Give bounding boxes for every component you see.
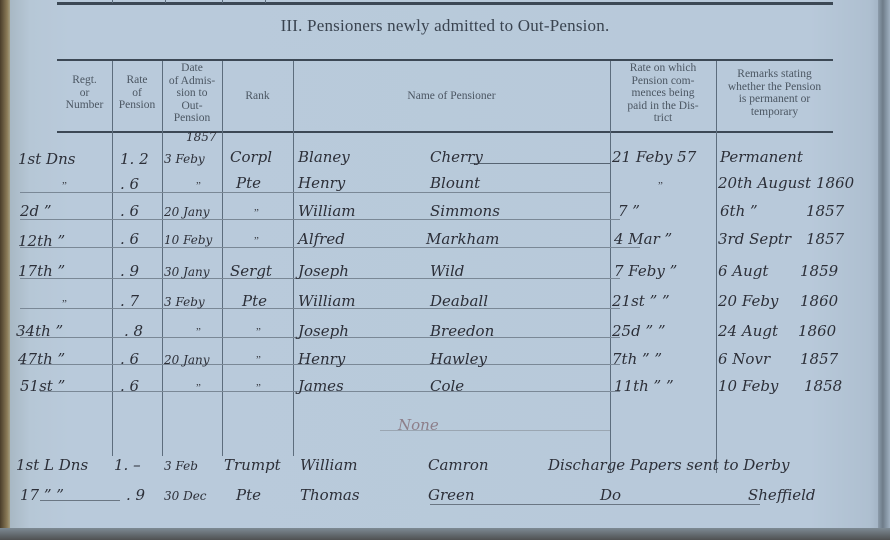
cell-commence: 21st ” ” xyxy=(612,292,670,310)
cell-commence: 7 Feby ” xyxy=(614,262,677,280)
cell-date: 30 Dec xyxy=(164,489,207,503)
cell-commence: 21 Feby 57 xyxy=(612,148,696,166)
cell-surname: Blount xyxy=(430,174,480,192)
cell-date: 3 Feb xyxy=(164,459,198,473)
cell-date: 10 Feby xyxy=(164,233,212,247)
cell-first-name: Henry xyxy=(298,174,345,192)
header-line: trict xyxy=(610,112,716,125)
cell-remarks-ditto: Do xyxy=(600,486,621,504)
cell-rank: ” xyxy=(254,207,259,219)
header-line: mences being xyxy=(610,87,716,100)
cell-regt: 47th ” xyxy=(18,350,65,368)
cell-remarks-year: 1860 xyxy=(798,322,836,340)
header-line: Pension xyxy=(112,99,162,112)
page-right-edge xyxy=(878,0,890,540)
header-line: Rate xyxy=(112,74,162,87)
cell-date: ” xyxy=(196,382,201,394)
header-line: whether the Pension xyxy=(716,81,833,94)
cell-remarks-year: 1859 xyxy=(800,262,838,280)
cell-rate: . 6 xyxy=(120,175,139,193)
cell-rate: 1. 2 xyxy=(120,150,149,168)
row-rule xyxy=(470,163,610,164)
cell-regt: 51st ” xyxy=(20,377,65,395)
col-rule-rank xyxy=(293,61,294,456)
cell-first-name: Henry xyxy=(298,350,345,368)
cell-regt: 1st Dns xyxy=(18,150,75,168)
cell-date: 30 Jany xyxy=(164,265,210,279)
cell-surname: Camron xyxy=(428,456,489,474)
cell-commence: ” xyxy=(658,180,663,192)
cell-first-name: William xyxy=(298,292,356,310)
cell-rank: Sergt xyxy=(230,262,272,280)
cell-remarks: 6 Augt xyxy=(718,262,768,280)
cell-remarks: 3rd Septr xyxy=(718,230,791,248)
cell-remarks: 20th August xyxy=(718,174,811,192)
cell-rate: . 6 xyxy=(120,230,139,248)
cell-surname: Markham xyxy=(426,230,499,248)
cell-first-name: Blaney xyxy=(298,148,350,166)
cell-first-name: Joseph xyxy=(298,322,349,340)
cell-commence: 11th ” ” xyxy=(614,377,674,395)
cell-surname: Cole xyxy=(430,377,464,395)
cell-remarks-year: 1857 xyxy=(800,350,838,368)
cell-surname: Deaball xyxy=(430,292,488,310)
cell-regt: 17th ” xyxy=(18,262,65,280)
header-date: Date of Admis- sion to Out- Pension xyxy=(162,62,222,125)
cell-rate: . 9 xyxy=(120,262,139,280)
cell-commence: 25d ” ” xyxy=(612,322,666,340)
cell-commence: 7 ” xyxy=(618,202,640,220)
cell-date: 20 Jany xyxy=(164,353,210,367)
header-remarks: Remarks stating whether the Pension is p… xyxy=(716,68,833,118)
prev-col-rule xyxy=(165,0,166,3)
year-note: 1857 xyxy=(186,130,217,144)
cell-remarks: 20 Feby xyxy=(718,292,778,310)
cell-remarks: 24 Augt xyxy=(718,322,778,340)
prev-col-rule xyxy=(265,0,266,3)
col-rule-commence xyxy=(716,61,717,473)
cell-rate: 1. – xyxy=(114,456,141,474)
header-line: of Admis- xyxy=(162,75,222,88)
cell-date: 3 Feby xyxy=(164,295,205,309)
cell-rate: . 6 xyxy=(120,350,139,368)
header-line: Pension com- xyxy=(610,75,716,88)
section-title: III. Pensioners newly admitted to Out-Pe… xyxy=(0,16,890,36)
previous-section-rule xyxy=(57,2,833,5)
header-line: Regt. xyxy=(57,74,112,87)
cell-date: 3 Feby xyxy=(164,152,205,166)
cell-remarks-year: 1860 xyxy=(800,292,838,310)
cell-regt: ” xyxy=(62,180,67,192)
cell-date: 20 Jany xyxy=(164,205,210,219)
cell-first-name: Thomas xyxy=(300,486,360,504)
page-bottom-edge xyxy=(0,528,890,540)
cell-commence: 7th ” ” xyxy=(612,350,662,368)
cell-regt: 34th ” xyxy=(16,322,63,340)
cell-rate: . 9 xyxy=(126,486,145,504)
cell-remarks-year: 1857 xyxy=(806,230,844,248)
cell-first-name: William xyxy=(300,456,358,474)
cell-surname: Breedon xyxy=(430,322,494,340)
header-regt: Regt. or Number xyxy=(57,74,112,112)
row-rule xyxy=(20,192,610,193)
header-line: paid in the Dis- xyxy=(610,100,716,113)
cell-first-name: James xyxy=(298,377,344,395)
none-note: None xyxy=(398,416,439,434)
cell-surname: Cherry xyxy=(430,148,483,166)
row-rule xyxy=(430,504,760,505)
cell-remarks: Permanent xyxy=(720,148,803,166)
cell-surname: Hawley xyxy=(430,350,487,368)
header-name: Name of Pensioner xyxy=(293,90,610,103)
header-line: Rank xyxy=(222,90,293,103)
cell-rank: ” xyxy=(256,354,261,366)
cell-date: ” xyxy=(196,180,201,192)
cell-regt: ” xyxy=(62,298,67,310)
header-line: sion to xyxy=(162,87,222,100)
cell-remarks: Discharge Papers sent to Derby xyxy=(548,456,789,474)
prev-col-rule xyxy=(222,0,223,3)
cell-first-name: Alfred xyxy=(298,230,345,248)
cell-surname: Wild xyxy=(430,262,464,280)
cell-surname: Simmons xyxy=(430,202,500,220)
header-line: or xyxy=(57,87,112,100)
cell-regt: 1st L Dns xyxy=(16,456,88,474)
header-line: Date xyxy=(162,62,222,75)
cell-remarks: Sheffield xyxy=(748,486,816,504)
col-rule-date xyxy=(222,61,223,456)
cell-regt: 12th ” xyxy=(18,232,65,250)
cell-surname: Green xyxy=(428,486,475,504)
cell-date: ” xyxy=(196,326,201,338)
header-line: Pension xyxy=(162,112,222,125)
cell-remarks-year: 1857 xyxy=(806,202,844,220)
cell-rank: ” xyxy=(256,326,261,338)
cell-rate: . 6 xyxy=(120,377,139,395)
cell-commence: 4 Mar ” xyxy=(614,230,672,248)
cell-rank: Trumpt xyxy=(224,456,281,474)
header-line: of xyxy=(112,87,162,100)
cell-remarks: 6th ” xyxy=(720,202,758,220)
col-rule-regt xyxy=(112,61,113,456)
cell-rank: ” xyxy=(254,235,259,247)
cell-regt: 17 ” ” xyxy=(20,486,64,504)
cell-rate: . 7 xyxy=(120,292,139,310)
cell-first-name: William xyxy=(298,202,356,220)
cell-rate: . 8 xyxy=(124,322,143,340)
header-line: Name of Pensioner xyxy=(293,90,610,103)
cell-remarks: 6 Novr xyxy=(718,350,770,368)
cell-regt: 2d ” xyxy=(20,202,52,220)
cell-rate: . 6 xyxy=(120,202,139,220)
cell-rank: Pte xyxy=(236,486,261,504)
cell-first-name: Joseph xyxy=(298,262,349,280)
header-line: is permanent or xyxy=(716,93,833,106)
cell-rank: ” xyxy=(256,382,261,394)
header-line: Remarks stating xyxy=(716,68,833,81)
cell-rank: Pte xyxy=(242,292,267,310)
header-line: Out- xyxy=(162,100,222,113)
header-line: Rate on which xyxy=(610,62,716,75)
header-line: Number xyxy=(57,99,112,112)
header-rank: Rank xyxy=(222,90,293,103)
cell-remarks-year: 1858 xyxy=(804,377,842,395)
cell-rank: Corpl xyxy=(230,148,272,166)
prev-col-rule xyxy=(112,0,113,3)
header-rate: Rate of Pension xyxy=(112,74,162,112)
cell-remarks: 10 Feby xyxy=(718,377,778,395)
header-line: temporary xyxy=(716,106,833,119)
cell-rank: Pte xyxy=(236,174,261,192)
cell-remarks-year: 1860 xyxy=(816,174,854,192)
header-commence: Rate on which Pension com- mences being … xyxy=(610,62,716,125)
